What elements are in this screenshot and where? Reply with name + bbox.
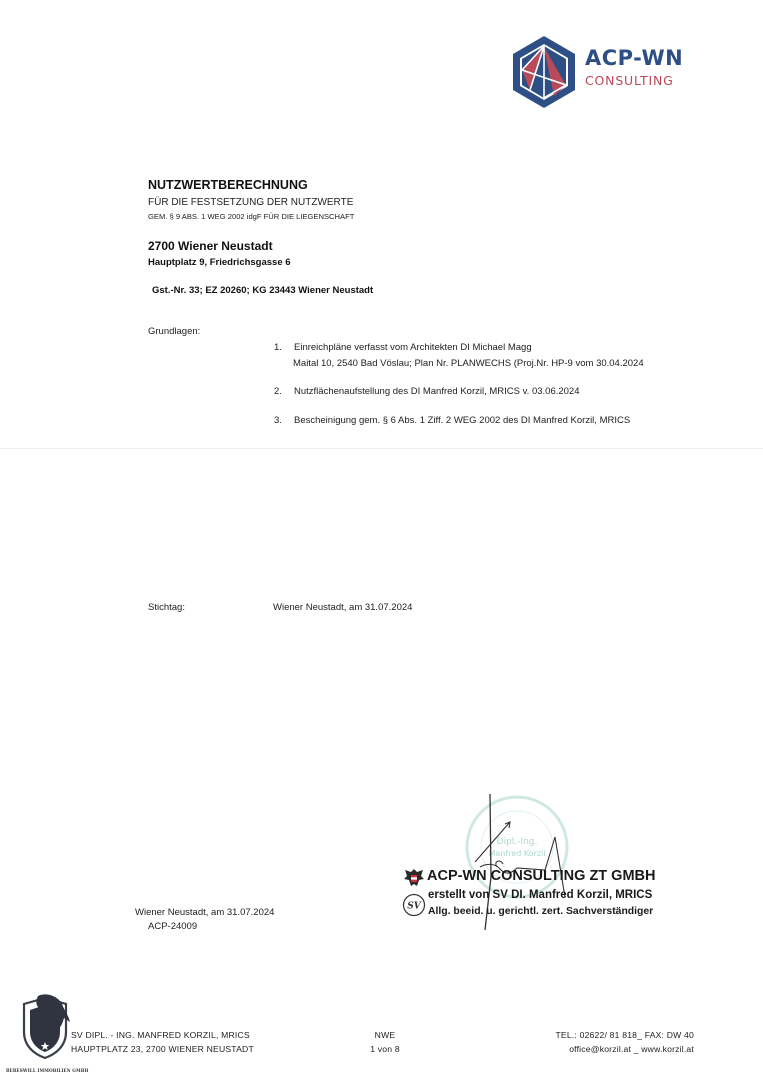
footer-contact-phone: TEL.: 02622/ 81 818_ FAX: DW 40 [555,1030,694,1040]
list-number: 3. [274,415,294,426]
legal-basis: GEM. § 9 ABS. 1 WEG 2002 idgF FÜR DIE LI… [148,212,354,221]
list-item: 3.Bescheinigung gem. § 6 Abs. 1 Ziff. 2 … [274,415,630,426]
sv-seal-icon: SV [402,893,426,922]
stichtag-label: Stichtag: [148,602,185,613]
footer-contact-web: office@korzil.at _ www.korzil.at [569,1044,694,1054]
logo-subtitle: CONSULTING [585,73,674,88]
company-logo [510,34,578,115]
property-street: Hauptplatz 9, Friedrichsgasse 6 [148,257,291,268]
stichtag-value: Wiener Neustadt, am 31.07.2024 [273,602,412,613]
list-text: Einreichpläne verfasst vom Architekten D… [294,342,532,353]
footer-left-line2: HAUPTPLATZ 23, 2700 WIENER NEUSTADT [71,1044,254,1054]
document-title: NUTZWERTBERECHNUNG [148,178,308,192]
place-date: Wiener Neustadt, am 31.07.2024 [135,907,274,918]
parcel-info: Gst.-Nr. 33; EZ 20260; KG 23443 Wiener N… [152,285,373,296]
list-text: Bescheinigung gem. § 6 Abs. 1 Ziff. 2 WE… [294,415,630,426]
scan-artifact-line [0,448,763,449]
footer-logo [18,992,72,1065]
svg-text:SV: SV [407,902,421,912]
list-number: 2. [274,386,294,397]
footer-doc-code: NWE [355,1030,415,1040]
footer-left-line1: SV DIPL. - ING. MANFRED KORZIL, MRICS [71,1030,250,1040]
signature-title: Allg. beeid. u. gerichtl. zert. Sachvers… [428,906,653,917]
austrian-eagle-icon [402,866,426,895]
document-subtitle: FÜR DIE FESTSETZUNG DER NUTZWERTE [148,197,353,208]
list-item: 1.Einreichpläne verfasst vom Architekten… [274,342,532,353]
grundlagen-label: Grundlagen: [148,326,200,337]
footer-brand-small: BERESWILL IMMOBILIEN GMBH [6,1068,88,1073]
property-city: 2700 Wiener Neustadt [148,239,273,253]
hexagon-triangle-logo-icon [510,34,578,110]
logo-wordmark: ACP-WN [585,46,683,70]
signature-created-by: erstellt von SV DI. Manfred Korzil, MRIC… [428,889,652,901]
list-number: 1. [274,342,294,353]
list-item-continuation: Maital 10, 2540 Bad Vöslau; Plan Nr. PLA… [293,358,644,369]
reference-number: ACP-24009 [148,921,197,932]
signature-company: ACP-WN CONSULTING ZT GMBH [427,868,655,884]
page-number: 1 von 8 [355,1044,415,1054]
list-item: 2.Nutzflächenaufstellung des DI Manfred … [274,386,580,397]
horse-shield-icon [18,992,72,1060]
list-text: Nutzflächenaufstellung des DI Manfred Ko… [294,386,580,397]
